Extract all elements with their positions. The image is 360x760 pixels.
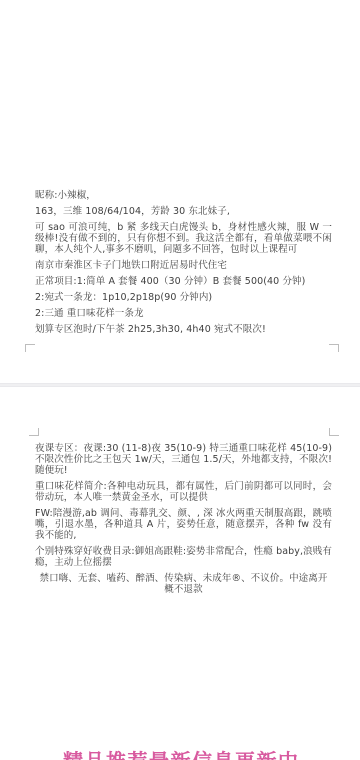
paragraph-special-fees: 个别特殊穿好收费目录:御姐高跟鞋:姿势非常配合，性瘾 baby,浪贱有瘾，主动上…	[35, 546, 332, 568]
paragraph-description: 可 sao 可浪可纯，b 紧 多线天白虎馒头 b，身材性感火辣，服 W 一级棒!…	[35, 222, 332, 255]
page-separator	[0, 383, 360, 387]
page-2-content: 夜课专区：夜课:30 (11-8)夜 35(10-9) 特三通重口味花样 45(…	[35, 443, 332, 600]
paragraph-restrictions: 禁口嗨、无套、嗑药、醉酒、传染病、未成年®、不议价。中途离开概不退款	[35, 573, 332, 595]
paragraph-pricing-1: 正常项目:1:简单 A 套餐 400（30 分钟）B 套餐 500(40 分钟)	[35, 276, 332, 287]
text-boundary-mark-top-right	[329, 428, 339, 436]
text-boundary-mark-bottom-left	[25, 344, 35, 352]
paragraph-pricing-3: 2:三通 重口味花样一条龙	[35, 308, 332, 319]
paragraph-nickname: 昵称:小辣椒，	[35, 190, 332, 201]
paragraph-measurements: 163，三维 108/64/104，芳龄 30 东北妹子,	[35, 206, 332, 217]
document-viewer[interactable]: 昵称:小辣椒， 163，三维 108/64/104，芳龄 30 东北妹子, 可 …	[0, 0, 360, 760]
paragraph-pricing-4: 划算专区泡时/下午茶 2h25,3h30, 4h40 宛式不限次!	[35, 324, 332, 335]
clipped-pink-text: 精品推荐最新信息更新中	[63, 750, 315, 760]
text-boundary-mark-top-left	[29, 428, 39, 436]
paragraph-intro: 重口味花样简介:各种电动玩具，都有属性，后门前阴都可以同时，会带动玩，本人唯一禁…	[35, 481, 332, 503]
paragraph-night-pricing: 夜课专区：夜课:30 (11-8)夜 35(10-9) 特三通重口味花样 45(…	[35, 443, 332, 476]
paragraph-address: 南京市秦淮区卡子门地铁口附近居易时代住宅	[35, 260, 332, 271]
page-1-content: 昵称:小辣椒， 163，三维 108/64/104，芳龄 30 东北妹子, 可 …	[35, 190, 332, 340]
text-boundary-mark-bottom-right	[329, 344, 339, 352]
paragraph-pricing-2: 2:宛式一条龙：1p10,2p18p(90 分钟内)	[35, 292, 332, 303]
paragraph-services: FW:陪漫游,ab 调问、毒幕乳交、颜、, 深 冰火两重天制服高跟，跳喷嘴，引退…	[35, 508, 332, 541]
